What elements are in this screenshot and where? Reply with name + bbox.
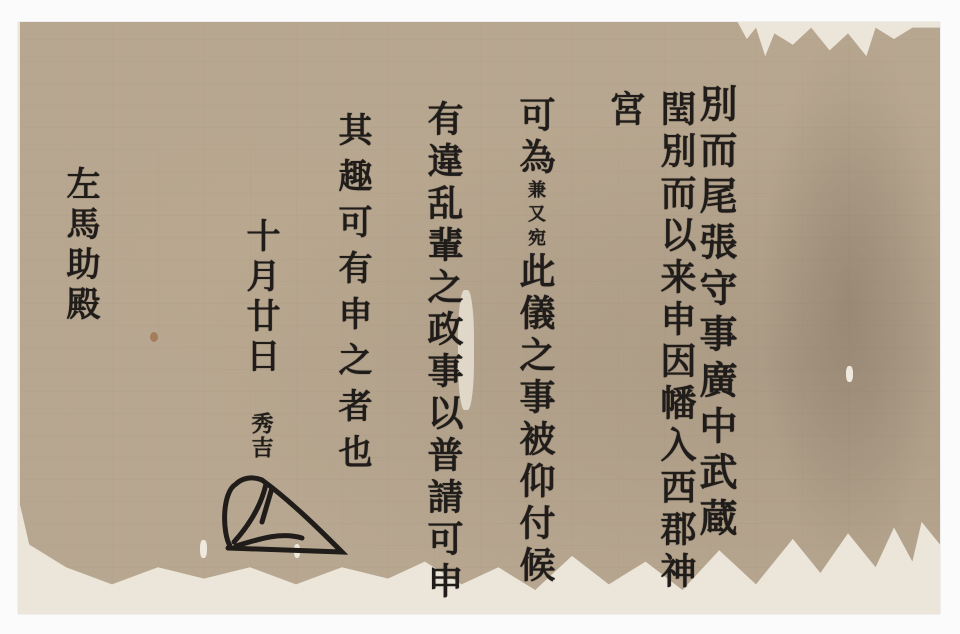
addressee: 左馬助殿 [56,166,105,326]
worm-hole [200,540,207,558]
water-stain [760,22,940,582]
signer-name: 秀吉 [246,412,277,460]
kao-monogram-icon [212,462,352,562]
text-column-3-main: 可為 [514,96,556,180]
ink-spot [150,332,158,342]
text-column-3-interlinear: 兼又宛 [525,180,546,252]
worm-hole [846,366,853,382]
text-column-2: 閏別而以来申因幡入西郡神宮 [600,90,702,634]
text-column-3: 可為兼又宛此儀之事被仰付候 [510,96,561,588]
date: 十月廿日 [236,218,285,378]
document-paper [20,22,940,590]
text-column-4: 有違乱輩之政事以普請可申 [418,100,469,604]
text-column-3-rest: 此儀之事被仰付候 [514,252,556,588]
text-column-5: 其趣可有申之者也 [328,112,377,480]
